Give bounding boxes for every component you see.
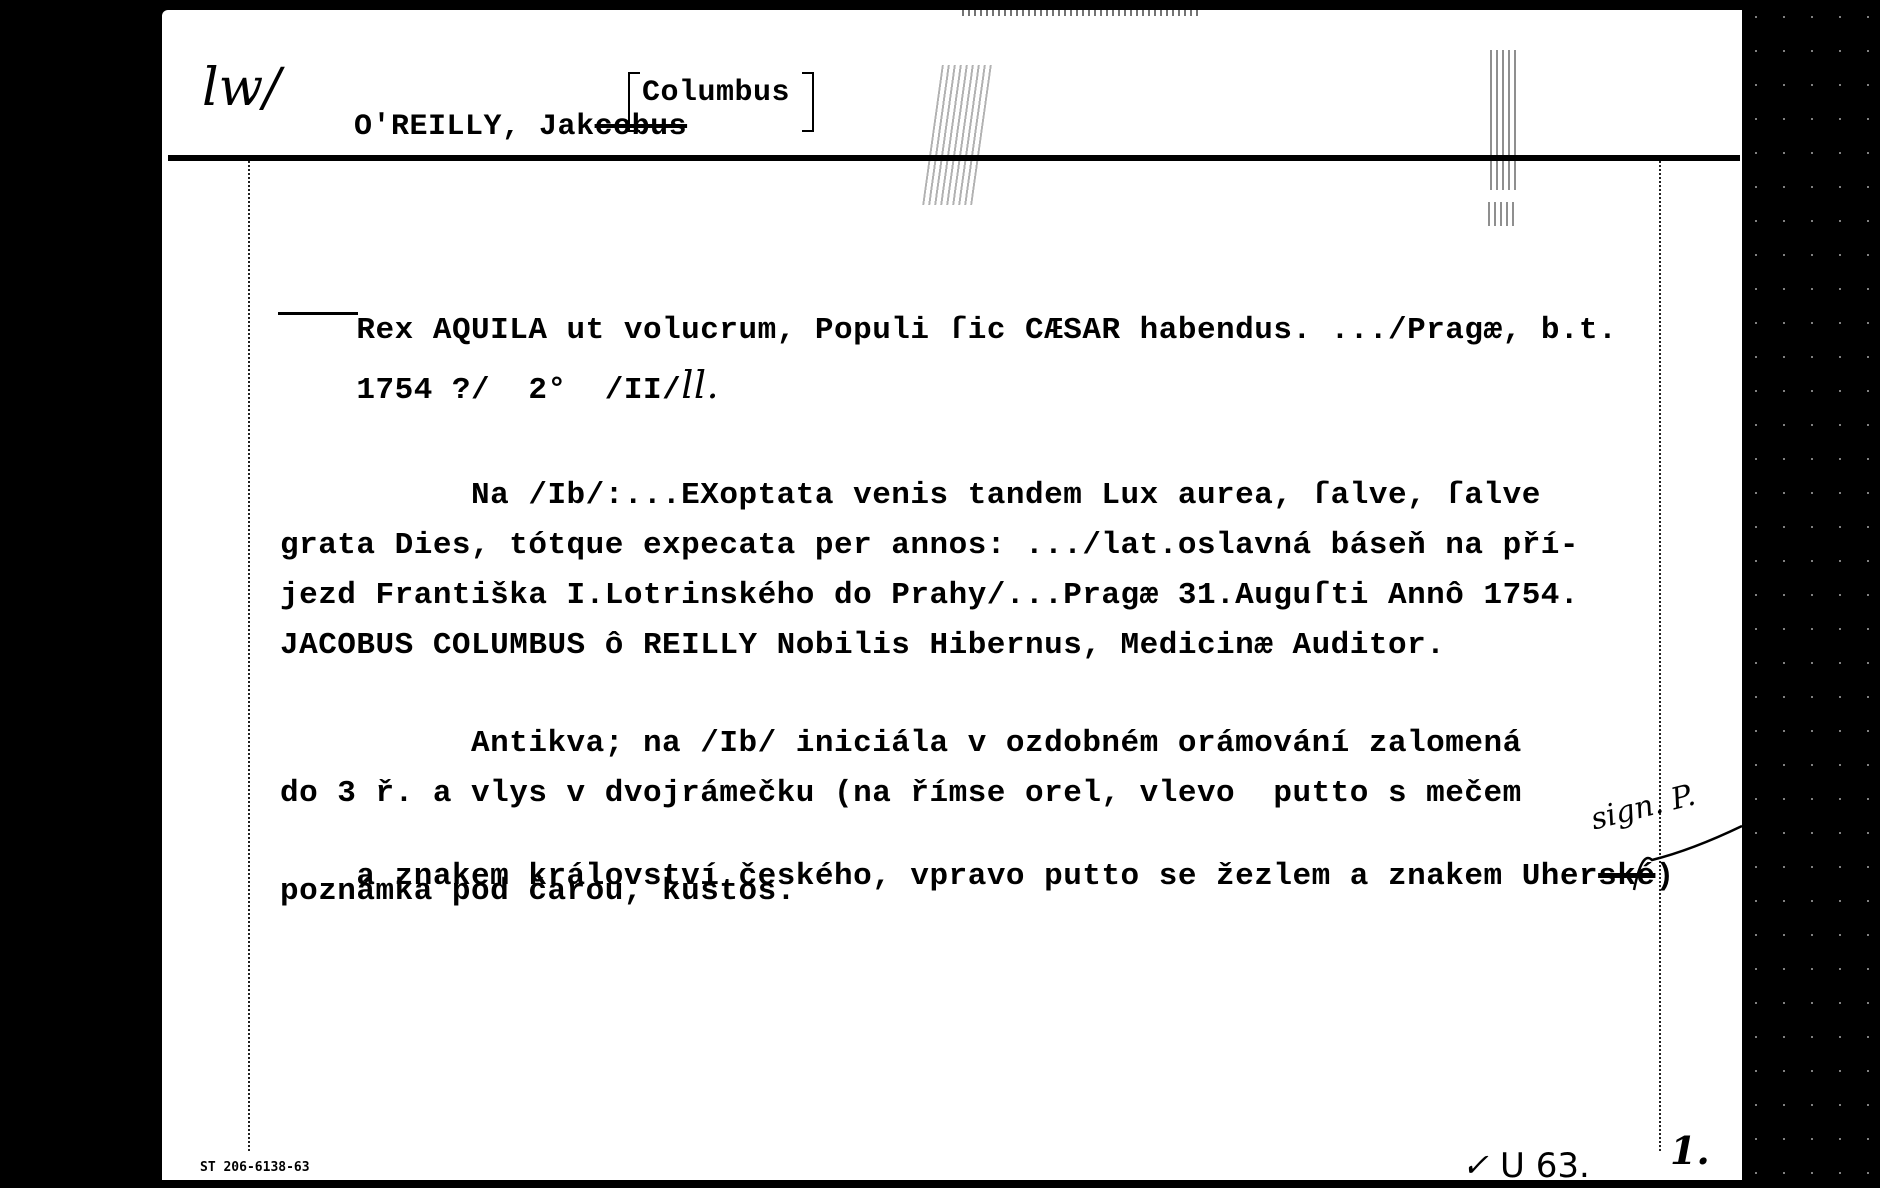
- para2-line-1: Na /Ib/:...EXoptata venis tandem Lux aur…: [280, 478, 1541, 513]
- para3-line-1: Antikva; na /Ib/ iniciála v ozdobném orá…: [280, 726, 1522, 761]
- scan-noise-staple: [1490, 50, 1520, 190]
- bracket-left: [628, 72, 640, 132]
- heading-name: O'REILLY, Jakcobus: [280, 76, 687, 178]
- para2-line-2: grata Dies, tótque expecata per annos: .…: [280, 528, 1579, 563]
- title-underline: [278, 312, 358, 315]
- sheet-number: 1.: [1670, 1128, 1710, 1173]
- print-code: ST 206-6138-63: [200, 1160, 310, 1175]
- scan-noise-staple-2: [1488, 202, 1518, 226]
- heading-name-correction: k: [576, 110, 595, 144]
- shelfmark: U 63.: [1500, 1146, 1590, 1186]
- para2-line-4: JACOBUS COLUMBUS ô REILLY Nobilis Hibern…: [280, 628, 1445, 663]
- title-line-2: 1754 ?/ 2° /II/ll.: [280, 328, 719, 443]
- heading-name-struck: cobus: [595, 110, 688, 144]
- para2-line-3: jezd Františka I.Lotrinského do Prahy/..…: [280, 578, 1579, 613]
- bracket-right: [802, 72, 814, 132]
- scan-background-strip: [1742, 0, 1880, 1188]
- left-margin-line: [248, 161, 250, 1151]
- scan-noise-top: [962, 10, 1202, 16]
- heading-name-text: O'REILLY, Ja: [354, 110, 576, 144]
- catalog-card: lw/ O'REILLY, Jakcobus Columbus Rex AQUI…: [162, 10, 1742, 1180]
- imprint-details: 1754 ?/ 2° /II/: [356, 373, 681, 408]
- check-mark-icon: ✓: [1462, 1146, 1489, 1184]
- handwritten-ll: ll.: [681, 363, 719, 407]
- para3-line-4: poznámka pod čarou, kustos.: [280, 874, 796, 909]
- right-margin-line: [1659, 161, 1661, 1151]
- margin-note-stroke-icon: [1632, 820, 1752, 900]
- handwritten-mark: lw/: [202, 58, 281, 118]
- para3-line-2: do 3 ř. a vlys v dvojrámečku (na římse o…: [280, 776, 1522, 811]
- heading-bracket-name: Columbus: [642, 76, 790, 110]
- scan-noise-marks: [922, 65, 992, 205]
- heading-rule: [168, 155, 1740, 161]
